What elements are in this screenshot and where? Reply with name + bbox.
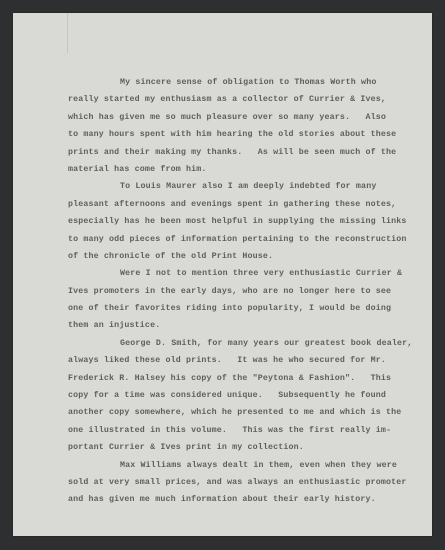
text-line: and has given me much information about …	[68, 491, 428, 508]
text-line: pleasant afternoons and evenings spent i…	[68, 196, 428, 213]
paragraph-promoters: Were I not to mention three very enthusi…	[68, 265, 428, 335]
text-line: to many odd pieces of information pertai…	[68, 231, 428, 248]
text-line: another copy somewhere, which he present…	[68, 404, 428, 421]
text-line: always liked these old prints. It was he…	[68, 352, 428, 369]
text-line: one of their favorites riding into popul…	[68, 300, 428, 317]
text-line: portant Currier & Ives print in my colle…	[68, 439, 428, 456]
text-line: prints and their making my thanks. As wi…	[68, 144, 428, 161]
text-line: one illustrated in this volume. This was…	[68, 422, 428, 439]
text-line: of the chronicle of the old Print House.	[68, 248, 428, 265]
text-line: George D. Smith, for many years our grea…	[68, 335, 428, 352]
text-line: Ives promoters in the early days, who ar…	[68, 283, 428, 300]
page-text: My sincere sense of obligation to Thomas…	[68, 74, 428, 509]
text-line: Frederick R. Halsey his copy of the "Pey…	[68, 370, 428, 387]
paragraph-worth: My sincere sense of obligation to Thomas…	[68, 74, 428, 178]
text-line: to many hours spent with him hearing the…	[68, 126, 428, 143]
text-line: Were I not to mention three very enthusi…	[68, 265, 428, 282]
text-line: Max Williams always dealt in them, even …	[68, 457, 428, 474]
text-line: My sincere sense of obligation to Thomas…	[68, 74, 428, 91]
text-line: sold at very small prices, and was alway…	[68, 474, 428, 491]
paragraph-smith: George D. Smith, for many years our grea…	[68, 335, 428, 457]
paragraph-williams: Max Williams always dealt in them, even …	[68, 457, 428, 509]
paper-crease	[67, 13, 68, 53]
text-line: especially has he been most helpful in s…	[68, 213, 428, 230]
text-line: them an injustice.	[68, 317, 428, 334]
typed-page: My sincere sense of obligation to Thomas…	[13, 13, 432, 536]
text-line: copy for a time was considered unique. S…	[68, 387, 428, 404]
text-line: really started my enthusiasm as a collec…	[68, 91, 428, 108]
text-line: which has given me so much pleasure over…	[68, 109, 428, 126]
paragraph-maurer: To Louis Maurer also I am deeply indebte…	[68, 178, 428, 265]
text-line: material has come from him.	[68, 161, 428, 178]
text-line: To Louis Maurer also I am deeply indebte…	[68, 178, 428, 195]
